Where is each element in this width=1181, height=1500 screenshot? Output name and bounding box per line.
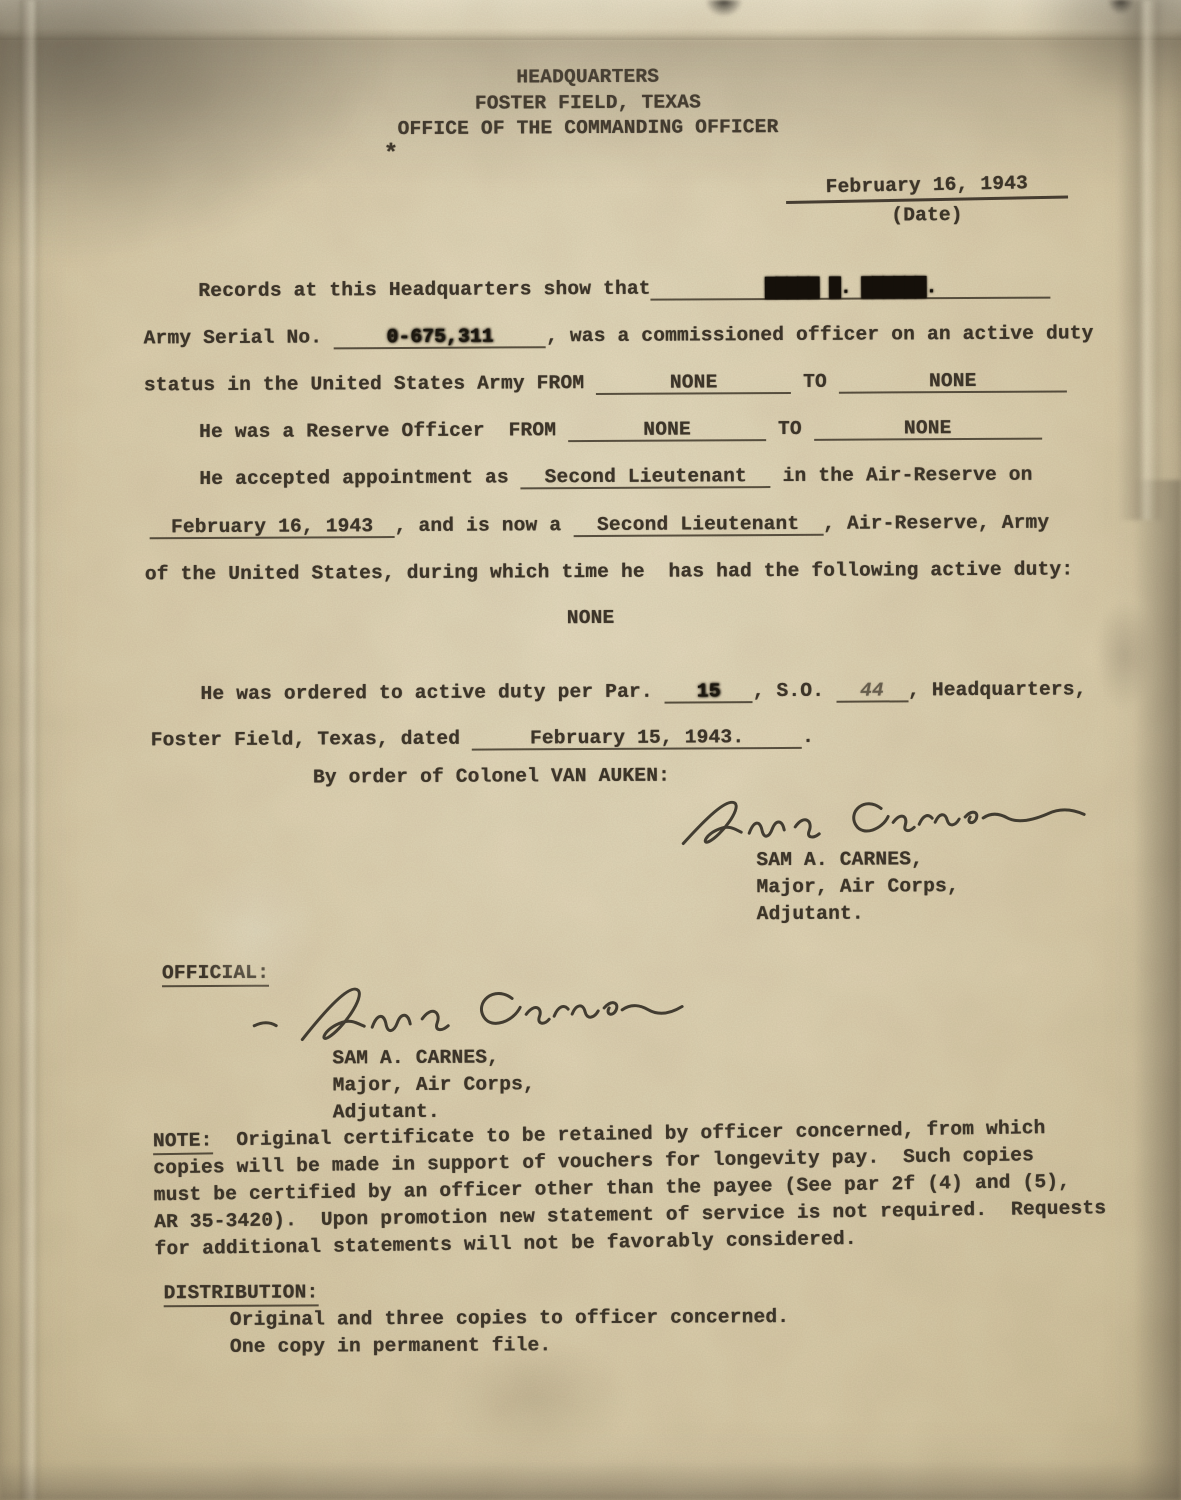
- sig1-title: Adjutant.: [757, 903, 864, 926]
- current-rank-value: Second Lieutenant: [597, 513, 799, 536]
- serial-value: 0-675,311: [386, 326, 493, 349]
- serial-blank: 0-675,311: [334, 326, 546, 350]
- appointment-blank: Second Lieutenant: [521, 466, 771, 490]
- name-blank: █████ █. ██████.: [651, 277, 1051, 302]
- appointment-date-blank: February 16, 1943: [150, 516, 395, 540]
- sig2-rank: Major, Air Corps,: [332, 1073, 534, 1096]
- note-label: NOTE:: [153, 1129, 213, 1155]
- line3-text-a: status in the United States Army FROM: [144, 372, 584, 396]
- to-value-2: NONE: [904, 417, 952, 439]
- body-line-9: He was ordered to active duty per Par. 1…: [200, 678, 1086, 706]
- header-line-1: HEADQUARTERS: [0, 63, 1178, 91]
- from-value-1: NONE: [670, 371, 718, 393]
- body-line-6: February 16, 1943, and is now a Second L…: [150, 512, 1050, 540]
- line9-text-c: , Headquarters,: [908, 678, 1087, 701]
- line6-text-a: , and is now a: [395, 514, 562, 537]
- current-rank-blank: Second Lieutenant: [573, 514, 823, 538]
- line4-text-b: TO: [778, 418, 802, 440]
- body-line-2: Army Serial No. 0-675,311, was a commiss…: [144, 322, 1094, 350]
- scanned-document: HEADQUARTERS FOSTER FIELD, TEXAS OFFICE …: [0, 0, 1181, 1500]
- appointment-date-value: February 16, 1943: [171, 515, 373, 538]
- to-value-1: NONE: [929, 370, 977, 392]
- line10-text-a: Foster Field, Texas, dated: [151, 728, 472, 752]
- sig1-name: SAM A. CARNES,: [756, 848, 923, 871]
- sig2-name: SAM A. CARNES,: [332, 1046, 499, 1069]
- order-date-blank: February 15, 1943.: [472, 727, 802, 751]
- body-line-3: status in the United States Army FROM NO…: [144, 370, 1067, 398]
- date-value: February 16, 1943: [786, 172, 1068, 204]
- active-duty-none: NONE: [0, 604, 1181, 632]
- distribution-label: DISTRIBUTION:: [164, 1281, 319, 1307]
- special-order-blank: 44: [836, 680, 908, 703]
- order-date-value: February 15, 1943.: [530, 726, 744, 749]
- body-line-1: Records at this Headquarters show that██…: [198, 276, 1050, 304]
- to-blank-1: NONE: [839, 371, 1067, 395]
- special-order-value: 44: [860, 679, 884, 701]
- line9-text-a: He was ordered to active duty per Par.: [200, 681, 652, 705]
- body-line-5: He accepted appointment as Second Lieute…: [199, 464, 1032, 492]
- line10-text-b: .: [802, 726, 814, 748]
- distribution-line-2: One copy in permanent file.: [230, 1334, 551, 1358]
- paragraph-number-blank: 15: [665, 681, 753, 704]
- sig2-title: Adjutant.: [333, 1101, 440, 1124]
- date-caption: (Date): [786, 203, 1068, 226]
- official-label: OFFICIAL:: [162, 962, 269, 988]
- line3-text-b: TO: [803, 371, 827, 393]
- line2-text-b: , was a commissioned officer on an activ…: [546, 322, 1094, 347]
- body-line-4: He was a Reserve Officer FROM NONE TO NO…: [199, 417, 1042, 445]
- note-block: NOTE: Original certificate to be retaine…: [153, 1116, 1107, 1240]
- by-order-line: By order of Colonel VAN AUKEN:: [313, 765, 670, 789]
- line5-text-b: in the Air-Reserve on: [783, 464, 1033, 487]
- document-content: HEADQUARTERS FOSTER FIELD, TEXAS OFFICE …: [0, 0, 1181, 1500]
- body-line-7: of the United States, during which time …: [145, 558, 1073, 585]
- redacted-name: █████ █. ██████.: [765, 276, 936, 299]
- from-blank-2: NONE: [568, 419, 766, 443]
- typed-asterisk-mark: *: [384, 141, 399, 168]
- line9-text-b: , S.O.: [753, 680, 825, 702]
- from-value-2: NONE: [643, 418, 691, 440]
- line4-text-a: He was a Reserve Officer FROM: [199, 419, 556, 443]
- distribution-line-1: Original and three copies to officer con…: [230, 1306, 789, 1331]
- appointment-value: Second Lieutenant: [544, 465, 746, 488]
- body-line-10: Foster Field, Texas, dated February 15, …: [151, 726, 814, 753]
- line6-text-b: , Air-Reserve, Army: [823, 512, 1049, 535]
- to-blank-2: NONE: [814, 418, 1042, 442]
- header-line-3: OFFICE OF THE COMMANDING OFFICER: [0, 114, 1179, 142]
- header-line-2: FOSTER FIELD, TEXAS: [0, 89, 1178, 117]
- line1-text: Records at this Headquarters show that: [198, 278, 650, 302]
- line5-text-a: He accepted appointment as: [199, 466, 509, 490]
- sig1-rank: Major, Air Corps,: [756, 875, 958, 898]
- from-blank-1: NONE: [596, 372, 791, 395]
- paragraph-number-value: 15: [697, 680, 721, 702]
- line2-text-a: Army Serial No.: [144, 326, 323, 349]
